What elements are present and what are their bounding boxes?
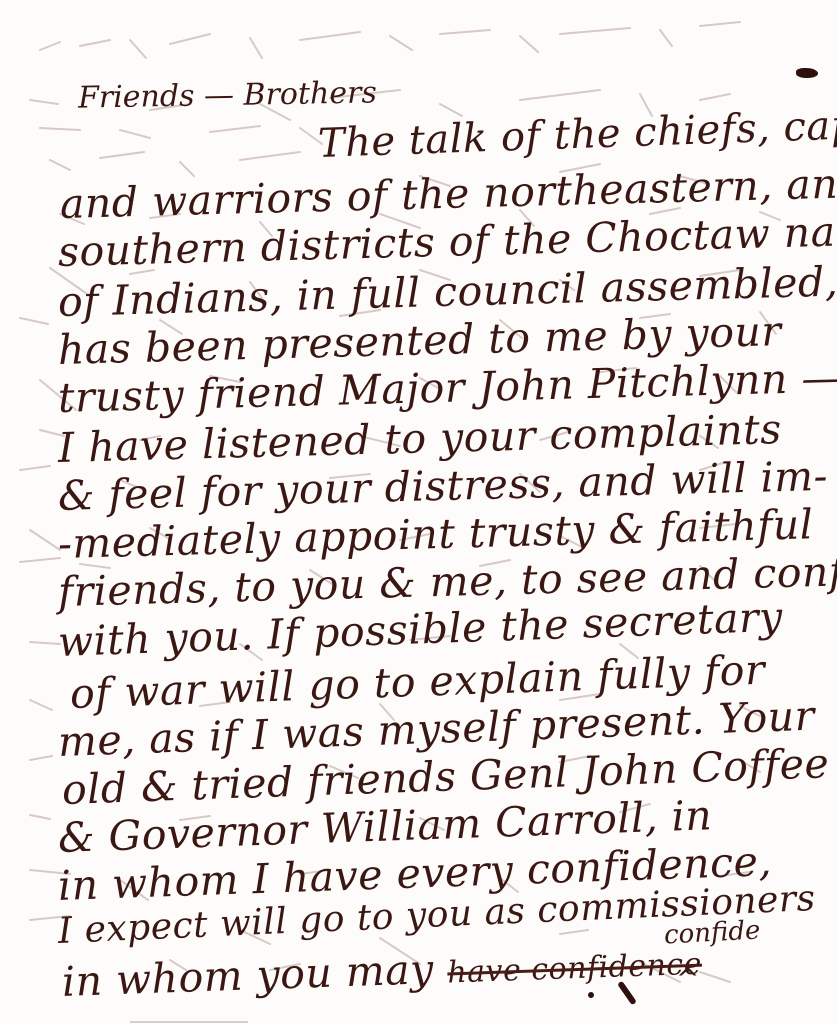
letter-line-18: in whom you may have confidence: [61, 940, 702, 1003]
struck-through-text: have confidence: [447, 947, 703, 991]
salutation: Friends — Brothers: [78, 75, 377, 115]
bottom-rule-line: [130, 1021, 248, 1023]
interlinear-insertion: confide: [663, 915, 761, 950]
letter-line-1: The talk of the chiefs, captains: [317, 102, 837, 164]
ink-dot-bottom: [588, 992, 594, 998]
letter-page: Friends — Brothers The talk of the chief…: [0, 0, 837, 1024]
letter-line-18-text: in whom you may: [61, 945, 434, 1006]
insertion-caret: ^: [676, 962, 699, 995]
ink-blot-top-right: [796, 68, 818, 78]
ink-stroke-bottom: [617, 981, 637, 1006]
